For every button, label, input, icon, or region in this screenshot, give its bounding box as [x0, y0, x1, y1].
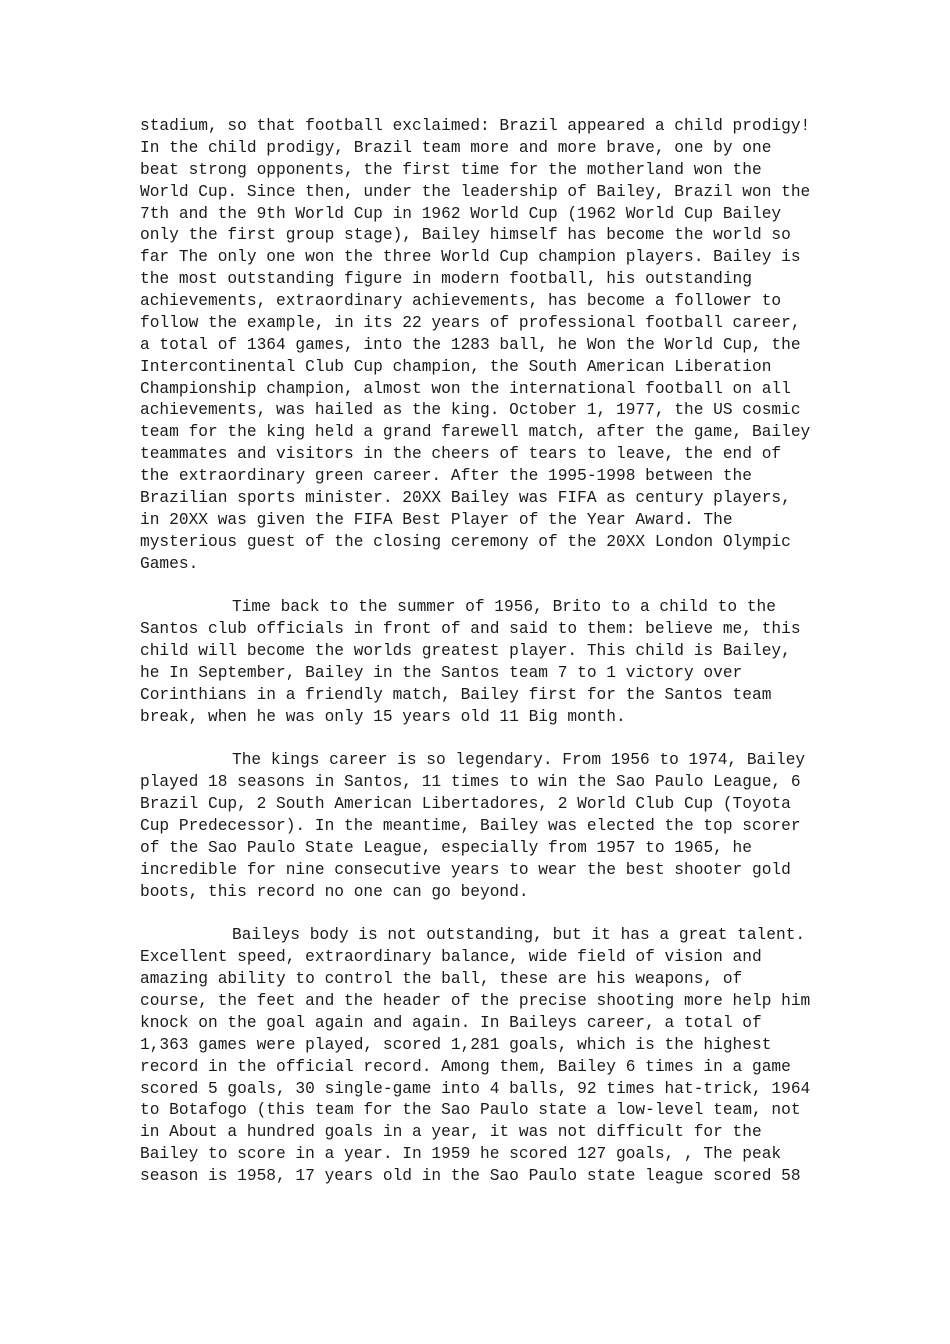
body-paragraph-1: stadium, so that football exclaimed: Bra… — [140, 116, 830, 575]
document-page: stadium, so that football exclaimed: Bra… — [0, 0, 950, 1344]
document-text-block: stadium, so that football exclaimed: Bra… — [140, 116, 830, 1210]
body-paragraph-4: Baileys body is not outstanding, but it … — [140, 925, 830, 1188]
body-paragraph-3: The kings career is so legendary. From 1… — [140, 750, 830, 903]
body-paragraph-2: Time back to the summer of 1956, Brito t… — [140, 597, 830, 728]
